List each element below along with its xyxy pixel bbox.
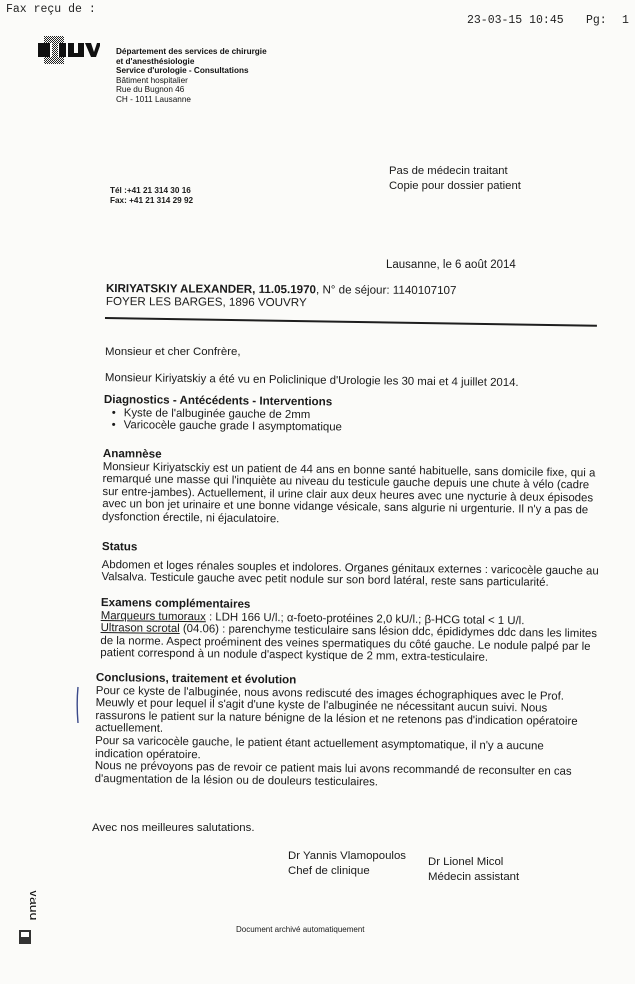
examens-section: Examens complémentaires Marqueurs tumora… <box>100 597 597 666</box>
patient-name-dob: KIRIYATSKIY ALEXANDER, 11.05.1970 <box>106 282 316 296</box>
patient-address: FOYER LES BARGES, 1896 VOUVRY <box>106 295 457 310</box>
diagnosis-item: Varicocèle gauche grade I asymptomatique <box>104 419 342 434</box>
patient-block: KIRIYATSKIY ALEXANDER, 11.05.1970, N° de… <box>106 282 457 310</box>
status-section: Status Abdomen et loges rénales souples … <box>101 541 599 590</box>
fax-page-label: Pg: <box>586 14 607 27</box>
street: Rue du Bugnon 46 <box>116 85 267 95</box>
anamnese-section: Anamnèse Monsieur Kiriyatsckiy est un pa… <box>102 448 596 530</box>
signature-name: Dr Lionel Micol <box>428 855 519 870</box>
city: CH - 1011 Lausanne <box>116 95 267 105</box>
department-line2: et d'anesthésiologie <box>116 57 267 67</box>
fax-number: Fax: +41 21 314 29 92 <box>110 196 193 206</box>
recipient-line2: Copie pour dossier patient <box>389 179 521 194</box>
patient-stay-number: , N° de séjour: 1140107107 <box>316 283 457 297</box>
pen-mark <box>74 685 82 725</box>
service-name: Service d'urologie - Consultations <box>116 66 267 76</box>
vaud-logo: vaud <box>14 884 36 948</box>
conclusions-section: Conclusions, traitement et évolution Pou… <box>95 672 579 791</box>
recipients: Pas de médecin traitant Copie pour dossi… <box>389 164 521 194</box>
signature-1: Dr Yannis Vlamopoulos Chef de clinique <box>288 849 406 879</box>
archive-note: Document archivé automatiquement <box>236 925 365 934</box>
fax-received-label: Fax reçu de : <box>6 3 96 16</box>
building: Bâtiment hospitalier <box>116 76 267 86</box>
fax-datetime: 23-03-15 10:45 <box>467 14 564 27</box>
signature-title: Médecin assistant <box>428 870 519 885</box>
letterhead-department: Département des services de chirurgie et… <box>116 47 267 105</box>
ultrasound-label: Ultrason scrotal <box>101 622 180 635</box>
intro-paragraph: Monsieur Kiriyatskiy a été vu en Policli… <box>105 372 519 390</box>
svg-text:vaud: vaud <box>27 890 36 920</box>
letterhead-contact: Tél :+41 21 314 30 16 Fax: +41 21 314 29… <box>110 186 193 206</box>
signature-title: Chef de clinique <box>288 864 406 879</box>
fax-page-number: 1 <box>622 14 629 27</box>
status-heading: Status <box>102 541 599 560</box>
diagnostics-section: Diagnostics - Antécédents - Intervention… <box>104 394 343 434</box>
signature-name: Dr Yannis Vlamopoulos <box>288 849 406 864</box>
recipient-line1: Pas de médecin traitant <box>389 164 521 179</box>
department-line1: Département des services de chirurgie <box>116 47 267 57</box>
closing: Avec nos meilleures salutations. <box>92 822 255 835</box>
place-date: Lausanne, le 6 août 2014 <box>386 259 516 271</box>
divider <box>105 317 597 327</box>
chuv-logo <box>38 36 100 64</box>
phone-number: Tél :+41 21 314 30 16 <box>110 186 193 196</box>
markers-label: Marqueurs tumoraux <box>101 610 206 623</box>
signature-2: Dr Lionel Micol Médecin assistant <box>428 855 519 885</box>
salutation: Monsieur et cher Confrère, <box>105 346 240 359</box>
